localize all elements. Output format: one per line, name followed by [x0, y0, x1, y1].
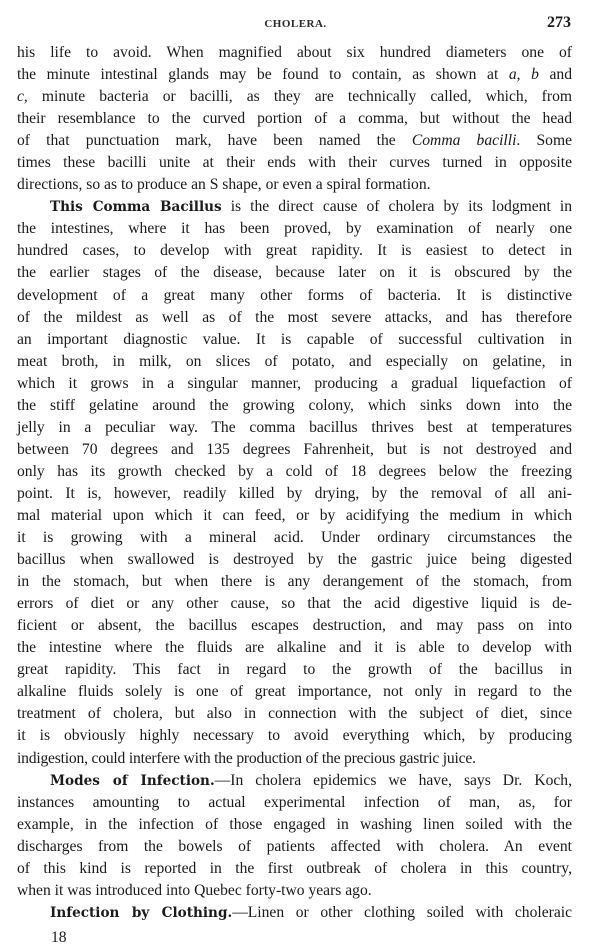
text-line: it is obviously highly necessary to avoi…: [17, 725, 572, 747]
text-line: the stiff gelatine around the growing co…: [17, 395, 572, 417]
text-line: when it was introduced into Quebec forty…: [17, 880, 572, 902]
run-in-heading: This Comma Bacillus: [50, 199, 222, 215]
text-line: errors of diet or any other cause, so th…: [17, 593, 572, 615]
text-run: —Linen or other clothing soiled with cho…: [232, 904, 572, 921]
text-line: Infection by Clothing.—Linen or other cl…: [17, 902, 572, 924]
text-line: his life to avoid. When magnified about …: [17, 42, 572, 64]
text-line: jelly in a peculiar way. The comma bacil…: [17, 417, 572, 439]
text-line: development of a great many other forms …: [17, 285, 572, 307]
text-line: the minute intestinal glands may be foun…: [17, 64, 572, 86]
text-line: which it grows in a singular manner, pro…: [17, 373, 572, 395]
text-line: between 70 degrees and 135 degrees Fahre…: [17, 439, 572, 461]
text-line: of that punctuation mark, have been name…: [17, 130, 572, 152]
text-run: the minute intestinal glands may be foun…: [17, 66, 509, 83]
text-line: of this kind is reported in the first ou…: [17, 858, 572, 880]
text-line: example, in the infection of those engag…: [17, 814, 572, 836]
text-line: of the mildest as well as of the most se…: [17, 307, 572, 329]
text-line: in the stomach, but when there is any de…: [17, 571, 572, 593]
text-line: instances amounting to actual experiment…: [17, 792, 572, 814]
text-line: This Comma Bacillus is the direct cause …: [17, 196, 572, 218]
figure-letter-c: c: [17, 88, 24, 105]
text-run: ,: [517, 66, 531, 83]
text-line: only has its growth checked by a cold of…: [17, 461, 572, 483]
text-line: their resemblance to the curved portion …: [17, 108, 572, 130]
page-number: 273: [547, 14, 571, 32]
text-line: hundred cases, to develop with great rap…: [17, 240, 572, 262]
text-line: great rapidity. This fact in regard to t…: [17, 659, 572, 681]
text-line: point. It is, however, readily killed by…: [17, 483, 572, 505]
text-line: the earlier stages of the disease, becau…: [17, 262, 572, 284]
run-in-heading: Infection by Clothing.: [50, 905, 232, 921]
text-run: —In cholera epidemics we have, says Dr. …: [215, 772, 572, 789]
text-run: is the direct cause of cholera by its lo…: [222, 198, 572, 215]
text-line: an important diagnostic value. It is cap…: [17, 329, 572, 351]
text-line: c, minute bacteria or bacilli, as they a…: [17, 86, 572, 108]
text-line: bacillus when swallowed is destroyed by …: [17, 549, 572, 571]
text-line: directions, so as to produce an S shape,…: [17, 174, 572, 196]
text-line: indigestion, could interfere with the pr…: [17, 748, 572, 770]
text-line: the intestine where the fluids are alkal…: [17, 637, 572, 659]
running-head: CHOLERA. 273: [0, 14, 591, 34]
text-line: it is growing with a mineral acid. Under…: [17, 527, 572, 549]
text-line: meat broth, in milk, on slices of potato…: [17, 351, 572, 373]
italic-term: Comma bacilli: [412, 132, 517, 149]
text-line: the intestines, where it has been proved…: [17, 218, 572, 240]
text-line: alkaline fluids solely is one of great i…: [17, 681, 572, 703]
text-run: of that punctuation mark, have been name…: [17, 132, 412, 149]
text-line: times these bacilli unite at their ends …: [17, 152, 572, 174]
text-line: Modes of Infection.—In cholera epidemics…: [17, 770, 572, 792]
text-line: mal material upon which it can feed, or …: [17, 505, 572, 527]
text-run: . Some: [516, 132, 572, 149]
running-title: CHOLERA.: [0, 18, 591, 30]
figure-letter-a: a: [509, 66, 517, 83]
text-line: discharges from the bowels of patients a…: [17, 836, 572, 858]
signature-mark: 18: [51, 929, 67, 947]
text-run: and: [539, 66, 572, 83]
text-line: treatment of cholera, but also in connec…: [17, 703, 572, 725]
figure-letter-b: b: [531, 66, 539, 83]
run-in-heading: Modes of Infection.: [50, 773, 215, 789]
book-page: CHOLERA. 273 his life to avoid. When mag…: [0, 0, 591, 951]
body-text: his life to avoid. When magnified about …: [17, 42, 572, 924]
text-line: ficient or absent, the bacillus escapes …: [17, 615, 572, 637]
text-run: , minute bacteria or bacilli, as they ar…: [24, 88, 572, 105]
